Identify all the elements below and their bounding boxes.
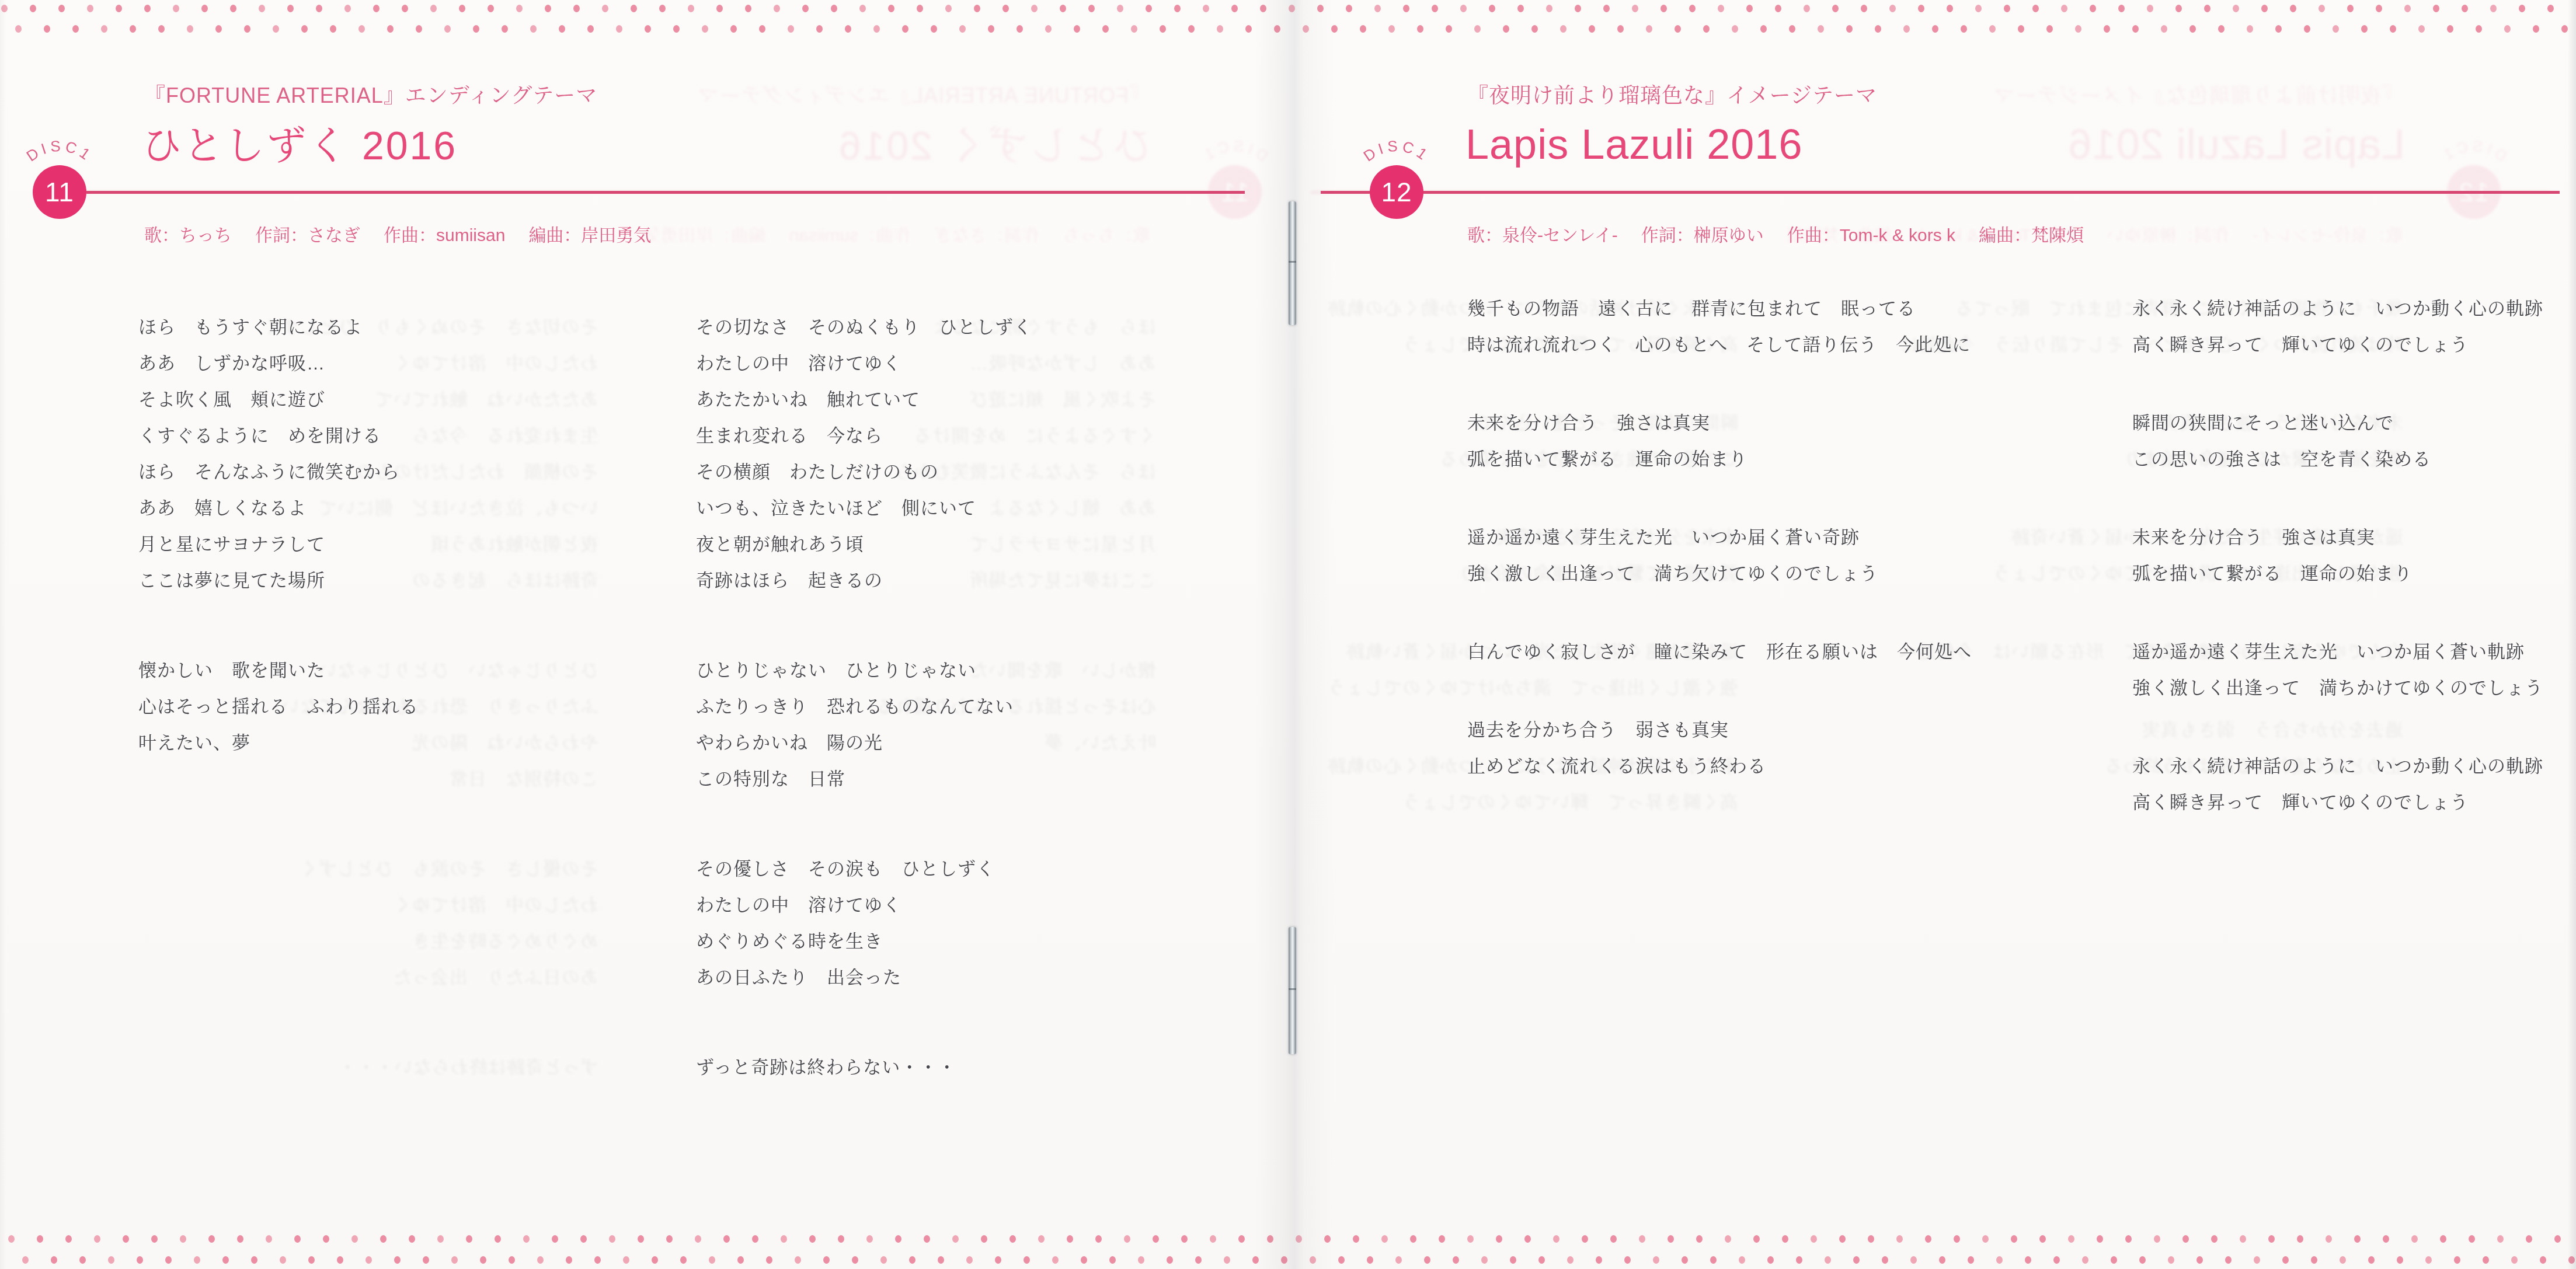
lyric-line: 懐かしい 歌を聞いた [138, 650, 419, 686]
lyric-line: ずっと奇跡は終わらない・・・ [696, 1047, 1032, 1083]
lyric-line: ああ しずかな呼吸… [138, 343, 419, 379]
track-number-badge: 11 [33, 165, 86, 219]
staple [1289, 927, 1296, 1054]
lyric-line: 奇跡はほら 起きるの [696, 560, 1032, 597]
lyric-line: ほら そんなふうに微笑むから [138, 452, 419, 488]
lyric-stanza: 未来を分け合う 強さは真実弧を描いて繋がる 運命の始まり [1467, 403, 1972, 475]
page-right: 『夜明け前より瑠璃色な』イメージテーマ Lapis Lazuli 2016 DI… [1294, 0, 2576, 1269]
lyric-line: その切なさ そのぬくもり ひとしずく [696, 307, 1032, 343]
credit-arranger: 編曲：梵陳煩 [1979, 221, 2084, 246]
svg-text:DISC1: DISC1 [1360, 137, 1433, 165]
lyric-stanza: ほら もうすぐ朝になるよああ しずかな呼吸…そよ吹く風 頬に遊びくすぐるように … [138, 307, 419, 597]
lyric-line: あたたかいね 触れていて [696, 379, 1032, 416]
lyric-line: 高く瞬き昇って 輝いてゆくのでしょう [2132, 782, 2543, 818]
lyric-line: 強く激しく出逢って 満ちかけてゆくのでしょう [2132, 668, 2543, 704]
lyric-stanza: 白んでゆく寂しさが 瞳に染みて 形在る願いは 今何処へ [1467, 632, 1972, 668]
lyric-line: 未来を分け合う 強さは真実 [2132, 517, 2543, 553]
credit-arranger: 編曲：岸田勇気 [528, 221, 651, 246]
lyric-line: その優しさ その涙も ひとしずく [696, 849, 1032, 885]
lyric-line: 時は流れ流れつく 心のもとへ そして語り伝う 今此処に [1467, 325, 1972, 361]
lyric-line: ほら もうすぐ朝になるよ [138, 307, 419, 343]
lyric-line: 叶えたい、夢 [138, 723, 419, 759]
divider-rule [86, 191, 1245, 194]
lyric-line: この特別な 日常 [696, 759, 1032, 795]
lyric-line: あの日ふたり 出会った [696, 957, 1032, 993]
credit-composer: 作曲：Tom-k & kors k [1787, 221, 1955, 246]
lyric-line: 遥か遥か遠く芽生えた光 いつか届く蒼い軌跡 [2132, 632, 2543, 668]
lyric-line: 月と星にサヨナラして [138, 524, 419, 560]
lyric-stanza: ひとりじゃない ひとりじゃないふたりっきり 恐れるものなんてないやわらかいね 陽… [696, 650, 1032, 795]
lyrics-column-2: その切なさ そのぬくもり ひとしずくわたしの中 溶けてゆくあたたかいね 触れてい… [696, 307, 1032, 1137]
lyric-stanza: 遥か遥か遠く芽生えた光 いつか届く蒼い軌跡強く激しく出逢って 満ちかけてゆくので… [2132, 632, 2543, 704]
lyric-line: 遥か遥か遠く芽生えた光 いつか届く蒼い奇跡 [1467, 517, 1972, 553]
lyric-stanza: 未来を分け合う 強さは真実弧を描いて繋がる 運命の始まり [2132, 517, 2543, 590]
lyric-stanza: ずっと奇跡は終わらない・・・ [696, 1047, 1032, 1083]
lyric-line: くすぐるように めを開ける [138, 416, 419, 452]
booklet-spread-scan: 『FORTUNE ARTERIAL』エンディングテーマ ひとしずく 2016 D… [0, 0, 2576, 1269]
disc-label: DISC1 [23, 137, 96, 165]
lyric-line: 弧を描いて繋がる 運命の始まり [2132, 553, 2543, 590]
lyric-line: わたしの中 溶けてゆく [696, 343, 1032, 379]
lyric-stanza: 懐かしい 歌を聞いた心はそっと揺れる ふわり揺れる叶えたい、夢 [138, 650, 419, 759]
lyric-stanza: その優しさ その涙も ひとしずくわたしの中 溶けてゆくめぐりめぐる時を生きあの日… [696, 849, 1032, 993]
lyric-line: 白んでゆく寂しさが 瞳に染みて 形在る願いは 今何処へ [1467, 632, 1972, 668]
credit-composer: 作曲：sumiisan [384, 221, 505, 246]
lyric-line: ひとりじゃない ひとりじゃない [696, 650, 1032, 686]
credit-vocal: 歌：泉伶-センレイ- [1467, 221, 1618, 246]
staple [1289, 201, 1296, 325]
lyric-line: 過去を分かち合う 弱さも真実 [1467, 710, 1972, 746]
page-edge-left [0, 0, 6, 1269]
lyric-line: 弧を描いて繋がる 運命の始まり [1467, 439, 1972, 475]
lyric-line: 未来を分け合う 強さは真実 [1467, 403, 1972, 439]
lyric-line: 永く永く続け神話のように いつか動く心の軌跡 [2132, 746, 2543, 782]
credit-lyrics: 作詞：さなぎ [255, 221, 360, 246]
lyric-line: ふたりっきり 恐れるものなんてない [696, 686, 1032, 723]
lyrics-column-1: 幾千もの物語 遠く古に 群青に包まれて 眠ってる時は流れ流れつく 心のもとへ そ… [1467, 288, 1972, 824]
lyric-stanza: その切なさ そのぬくもり ひとしずくわたしの中 溶けてゆくあたたかいね 触れてい… [696, 307, 1032, 597]
lyric-line: 瞬間の狭間にそっと迷い込んで [2132, 403, 2543, 439]
disc-label: DISC1 [1360, 137, 1433, 165]
lyric-line: そよ吹く風 頬に遊び [138, 379, 419, 416]
lyric-line: やわらかいね 陽の光 [696, 723, 1032, 759]
track-number: 11 [45, 176, 74, 208]
lyric-stanza: 瞬間の狭間にそっと迷い込んでこの思いの強さは 空を青く染める [2132, 403, 2543, 475]
lyric-line: いつも、泣きたいほど 側にいて [696, 488, 1032, 524]
lyric-stanza: 遥か遥か遠く芽生えた光 いつか届く蒼い奇跡強く激しく出逢って 満ち欠けてゆくので… [1467, 517, 1972, 590]
lyric-line: 高く瞬き昇って 輝いてゆくのでしょう [2132, 325, 2543, 361]
lyrics-column-1: ほら もうすぐ朝になるよああ しずかな呼吸…そよ吹く風 頬に遊びくすぐるように … [138, 307, 419, 813]
lyric-line: わたしの中 溶けてゆく [696, 885, 1032, 921]
lyric-line: 幾千もの物語 遠く古に 群青に包まれて 眠ってる [1467, 288, 1972, 325]
credit-vocal: 歌：ちっち [144, 221, 232, 246]
lyric-line: 強く激しく出逢って 満ち欠けてゆくのでしょう [1467, 553, 1972, 590]
track-title: ひとしずく 2016 [142, 126, 457, 166]
theme-label: 『FORTUNE ARTERIAL』エンディングテーマ [144, 79, 597, 109]
lyric-line: 夜と朝が触れあう頃 [696, 524, 1032, 560]
lyric-line: この思いの強さは 空を青く染める [2132, 439, 2543, 475]
credits-line: 歌：ちっち 作詞：さなぎ 作曲：sumiisan 編曲：岸田勇気 [144, 221, 651, 246]
lyric-line: ああ 嬉しくなるよ [138, 488, 419, 524]
divider-rule [1321, 191, 2560, 194]
lyric-line: ここは夢に見てた場所 [138, 560, 419, 597]
track-title: Lapis Lazuli 2016 [1465, 124, 1802, 166]
lyric-stanza: 永く永く続け神話のように いつか動く心の軌跡高く瞬き昇って 輝いてゆくのでしょう [2132, 746, 2543, 818]
lyric-line: 止めどなく流れくる涙はもう終わる [1467, 746, 1972, 782]
lyric-stanza: 過去を分かち合う 弱さも真実止めどなく流れくる涙はもう終わる [1467, 710, 1972, 782]
lyric-line: 永く永く続け神話のように いつか動く心の軌跡 [2132, 288, 2543, 325]
lyric-line: 心はそっと揺れる ふわり揺れる [138, 686, 419, 723]
theme-label: 『夜明け前より瑠璃色な』イメージテーマ [1467, 79, 1877, 109]
lyric-line: 生まれ変れる 今なら [696, 416, 1032, 452]
lyric-line: その横顔 わたしだけのもの [696, 452, 1032, 488]
lyric-stanza: 永く永く続け神話のように いつか動く心の軌跡高く瞬き昇って 輝いてゆくのでしょう [2132, 288, 2543, 361]
credit-lyrics: 作詞：榊原ゆい [1641, 221, 1764, 246]
page-left: 『FORTUNE ARTERIAL』エンディングテーマ ひとしずく 2016 D… [0, 0, 1294, 1269]
lyric-stanza: 幾千もの物語 遠く古に 群青に包まれて 眠ってる時は流れ流れつく 心のもとへ そ… [1467, 288, 1972, 361]
track-number: 12 [1381, 176, 1412, 208]
credits-line: 歌：泉伶-センレイ- 作詞：榊原ゆい 作曲：Tom-k & kors k 編曲：… [1467, 221, 2084, 246]
lyrics-column-2: 永く永く続け神話のように いつか動く心の軌跡高く瞬き昇って 輝いてゆくのでしょう… [2132, 288, 2543, 860]
page-edge-right [2568, 0, 2576, 1269]
track-number-badge: 12 [1370, 165, 1423, 219]
svg-text:DISC1: DISC1 [23, 137, 96, 165]
lyric-line: めぐりめぐる時を生き [696, 921, 1032, 957]
